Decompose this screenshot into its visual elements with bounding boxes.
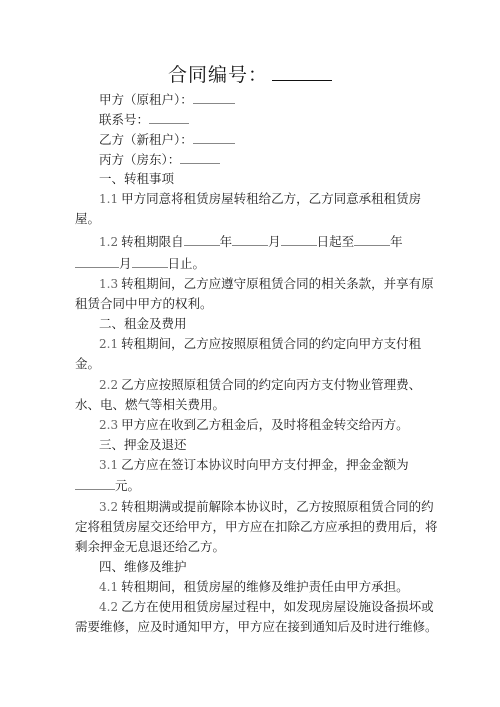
section-4-heading: 四、维修及维护	[99, 559, 187, 575]
clause-text: 转租期间，租赁房屋的维修及维护责任由甲方承担。	[121, 579, 409, 594]
clause-number: 2.2	[99, 378, 118, 392]
clause-1-1-line-2: 屋。	[75, 211, 100, 227]
clause-number: 1.1	[99, 192, 118, 206]
clause-number: 2.3	[99, 418, 118, 432]
start-day-blank[interactable]	[281, 233, 317, 246]
clause-number: 4.2	[99, 600, 118, 614]
party-b-label: 乙方（新租户）：	[99, 132, 193, 147]
party-c-blank[interactable]	[180, 151, 220, 164]
clause-2-2-line-2: 水、电、燃气等相关费用。	[75, 397, 225, 413]
section-3-heading: 三、押金及退还	[99, 437, 187, 453]
clause-1-3-line-1: 1.3转租期间，乙方应遵守原租赁合同的相关条款，并享有原	[99, 276, 434, 292]
party-b-blank[interactable]	[193, 131, 235, 144]
clause-3-2-line-2: 定将租赁房屋交还给甲方，甲方应在扣除乙方应承担的费用后，将	[75, 519, 438, 535]
clause-1-3-line-2: 租赁合同中甲方的权利。	[75, 296, 213, 312]
clause-text: 甲方应在收到乙方租金后，及时将租金转交给丙方。	[121, 417, 409, 432]
end-month-blank[interactable]	[75, 255, 119, 268]
contact-label: 联系号：	[99, 112, 149, 127]
end-day-blank[interactable]	[132, 255, 168, 268]
clause-number: 3.1	[99, 458, 118, 472]
clause-3-2-line-3: 剩余押金无息退还给乙方。	[75, 539, 225, 555]
clause-2-3-line-1: 2.3甲方应在收到乙方租金后，及时将租金转交给丙方。	[99, 417, 409, 433]
title-text: 合同编号：	[168, 64, 268, 86]
start-month-blank[interactable]	[232, 233, 268, 246]
clause-number: 1.2	[99, 235, 118, 249]
clause-number: 4.1	[99, 580, 118, 594]
clause-number: 3.2	[99, 500, 118, 514]
clause-3-1-line-2: 元。	[75, 477, 140, 494]
section-1-heading: 一、转租事项	[99, 171, 174, 187]
contract-number-title: 合同编号：	[0, 60, 500, 87]
month-label: 月	[268, 234, 281, 249]
year-label: 年	[220, 234, 233, 249]
clause-text: 甲方同意将租赁房屋转租给乙方，乙方同意承租租赁房	[121, 191, 421, 206]
day-from-label: 日起至	[317, 234, 355, 249]
day-to-label: 日止。	[168, 256, 206, 271]
party-a-label: 甲方（原租户）：	[99, 92, 193, 107]
clause-number: 1.3	[99, 277, 118, 291]
clause-text: 转租期限自	[121, 234, 184, 249]
section-2-heading: 二、租金及费用	[99, 316, 187, 332]
start-year-blank[interactable]	[184, 233, 220, 246]
clause-4-2-line-2: 需要维修，应及时通知甲方，甲方应在接到通知后及时进行维修。	[75, 619, 438, 635]
clause-4-1-line-1: 4.1转租期间，租赁房屋的维修及维护责任由甲方承担。	[99, 579, 409, 595]
year-label: 年	[390, 234, 403, 249]
document-page: 合同编号： 甲方（原租户）： 联系号： 乙方（新租户）： 丙方（房东）： 一、转…	[0, 0, 500, 707]
clause-3-1-line-1: 3.1乙方应在签订本协议时向甲方支付押金，押金金额为	[99, 457, 409, 473]
clause-text: 转租期满或提前解除本协议时，乙方按照原租赁合同的约	[121, 499, 434, 514]
clause-1-2-line-1: 1.2转租期限自年月日起至年	[99, 233, 403, 250]
party-c-label: 丙方（房东）：	[99, 152, 180, 167]
party-b-line: 乙方（新租户）：	[99, 131, 235, 148]
clause-2-1-line-1: 2.1转租期间，乙方应按照原租赁合同的约定向甲方支付租	[99, 336, 421, 352]
clause-2-2-line-1: 2.2乙方应按照原租赁合同的约定向丙方支付物业管理费、	[99, 377, 421, 393]
end-year-blank[interactable]	[354, 233, 390, 246]
clause-text: 转租期间，乙方应按照原租赁合同的约定向甲方支付租	[121, 336, 421, 351]
clause-3-2-line-1: 3.2转租期满或提前解除本协议时，乙方按照原租赁合同的约	[99, 499, 434, 515]
clause-4-2-line-1: 4.2乙方在使用租赁房屋过程中，如发现房屋设施设备损坏或	[99, 599, 434, 615]
currency-label: 元。	[115, 478, 140, 493]
clause-number: 2.1	[99, 337, 118, 351]
clause-text: 转租期间，乙方应遵守原租赁合同的相关条款，并享有原	[121, 276, 434, 291]
month-label: 月	[119, 256, 132, 271]
clause-1-2-line-2: 月日止。	[75, 255, 205, 272]
contact-blank[interactable]	[149, 111, 189, 124]
clause-text: 乙方应按照原租赁合同的约定向丙方支付物业管理费、	[121, 377, 421, 392]
clause-1-1-line-1: 1.1甲方同意将租赁房屋转租给乙方，乙方同意承租租赁房	[99, 191, 421, 207]
deposit-amount-blank[interactable]	[75, 477, 115, 490]
contact-line: 联系号：	[99, 111, 189, 128]
clause-2-1-line-2: 金。	[75, 356, 100, 372]
party-a-line: 甲方（原租户）：	[99, 91, 235, 108]
clause-text: 乙方应在签订本协议时向甲方支付押金，押金金额为	[121, 457, 409, 472]
contract-number-blank[interactable]	[272, 66, 332, 81]
party-a-blank[interactable]	[193, 91, 235, 104]
party-c-line: 丙方（房东）：	[99, 151, 220, 168]
clause-text: 乙方在使用租赁房屋过程中，如发现房屋设施设备损坏或	[121, 599, 434, 614]
